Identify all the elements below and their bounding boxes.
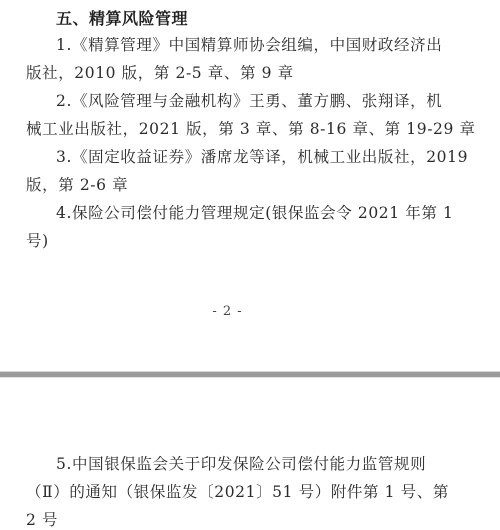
section-heading: 五、精算风险管理: [56, 8, 188, 30]
reference-line: 版，第 2-6 章: [26, 175, 128, 195]
reference-line: 5.中国银保监会关于印发保险公司偿付能力监管规则: [56, 454, 426, 474]
reference-line: 械工业出版社，2021 版，第 3 章、第 8-16 章、第 19-29 章: [26, 119, 476, 139]
document-page-3: 5.中国银保监会关于印发保险公司偿付能力监管规则 （Ⅱ）的通知（银保监发〔202…: [0, 378, 500, 530]
reference-line: 2 号: [26, 510, 58, 530]
reference-line: 号): [26, 231, 49, 251]
reference-line: 1.《精算管理》中国精算师协会组编，中国财政经济出: [56, 35, 442, 55]
reference-line: 2.《风险管理与金融机构》王勇、董方鹏、张翔译，机: [56, 91, 442, 111]
document-page-2: 五、精算风险管理 1.《精算管理》中国精算师协会组编，中国财政经济出 版社，20…: [0, 0, 500, 371]
reference-line: 版社，2010 版，第 2-5 章、第 9 章: [26, 63, 294, 83]
reference-line: （Ⅱ）的通知（银保监发〔2021〕51 号）附件第 1 号、第: [26, 482, 449, 502]
page-separator: [0, 371, 500, 378]
page-number: - 2 -: [0, 304, 455, 319]
reference-line: 4.保险公司偿付能力管理规定(银保监会令 2021 年第 1: [56, 203, 453, 223]
reference-line: 3.《固定收益证券》潘席龙等译，机械工业出版社，2019: [56, 147, 468, 167]
